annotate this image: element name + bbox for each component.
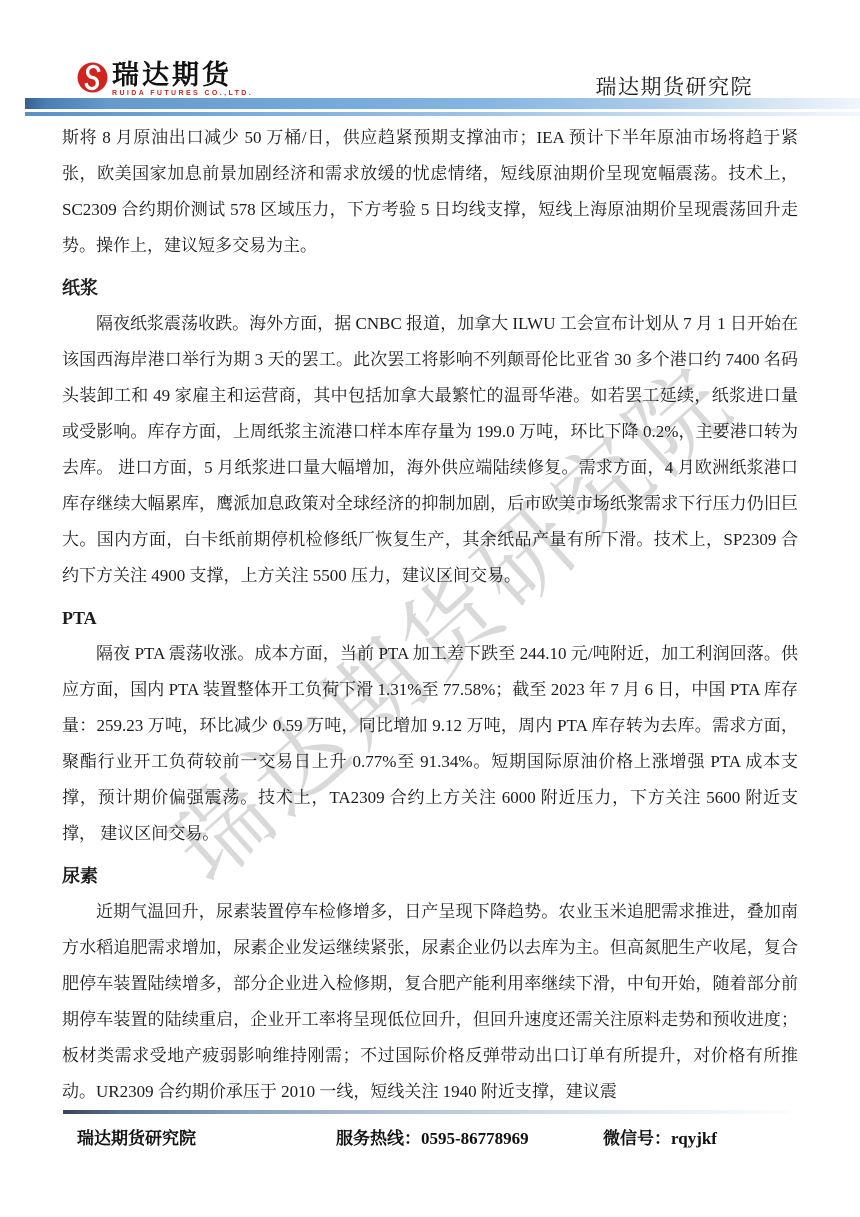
section-heading-pulp: 纸浆 (62, 276, 798, 300)
footer-divider-line (63, 1110, 790, 1114)
footer-wechat: 微信号：rqyjkf (603, 1124, 717, 1149)
footer-hotline-number: 0595-86778969 (421, 1129, 529, 1148)
header-institute-title: 瑞达期货研究院 (596, 71, 754, 101)
header-divider-bar-thin (25, 112, 860, 116)
paragraph-urea: 近期气温回升，尿素装置停车检修增多，日产呈现下降趋势。农业玉米追肥需求推进，叠加… (62, 894, 798, 1110)
footer-hotline: 服务热线：0595-86778969 (336, 1124, 529, 1149)
footer: 瑞达期货研究院 服务热线：0595-86778969 微信号：rqyjkf (0, 1124, 860, 1150)
logo-company-name: 瑞达期货 (112, 61, 253, 89)
footer-hotline-label: 服务热线： (336, 1129, 421, 1148)
paragraph-pta: 隔夜 PTA 震荡收涨。成本方面，当前 PTA 加工差下跌至 244.10 元/… (62, 636, 798, 852)
ruida-logo-icon (77, 62, 108, 93)
footer-wechat-id: rqyjkf (671, 1129, 717, 1148)
section-heading-pta: PTA (62, 606, 798, 630)
report-page: 瑞达期货 RUIDA FUTURES CO.,LTD. 瑞达期货研究院 瑞达期货… (0, 0, 860, 1217)
logo-text-block: 瑞达期货 RUIDA FUTURES CO.,LTD. (112, 61, 253, 98)
company-logo: 瑞达期货 RUIDA FUTURES CO.,LTD. (77, 61, 253, 98)
logo-company-subtitle: RUIDA FUTURES CO.,LTD. (112, 90, 253, 98)
paragraph-crude-oil-continuation: 斯将 8 月原油出口减少 50 万桶/日，供应趋紧预期支撑油市；IEA 预计下半… (62, 120, 798, 264)
report-body: 斯将 8 月原油出口减少 50 万桶/日，供应趋紧预期支撑油市；IEA 预计下半… (62, 120, 798, 1110)
paragraph-pulp: 隔夜纸浆震荡收跌。海外方面，据 CNBC 报道，加拿大 ILWU 工会宣布计划从… (62, 306, 798, 594)
section-heading-urea: 尿素 (62, 864, 798, 888)
footer-institute: 瑞达期货研究院 (77, 1124, 196, 1149)
footer-wechat-label: 微信号： (603, 1129, 671, 1148)
